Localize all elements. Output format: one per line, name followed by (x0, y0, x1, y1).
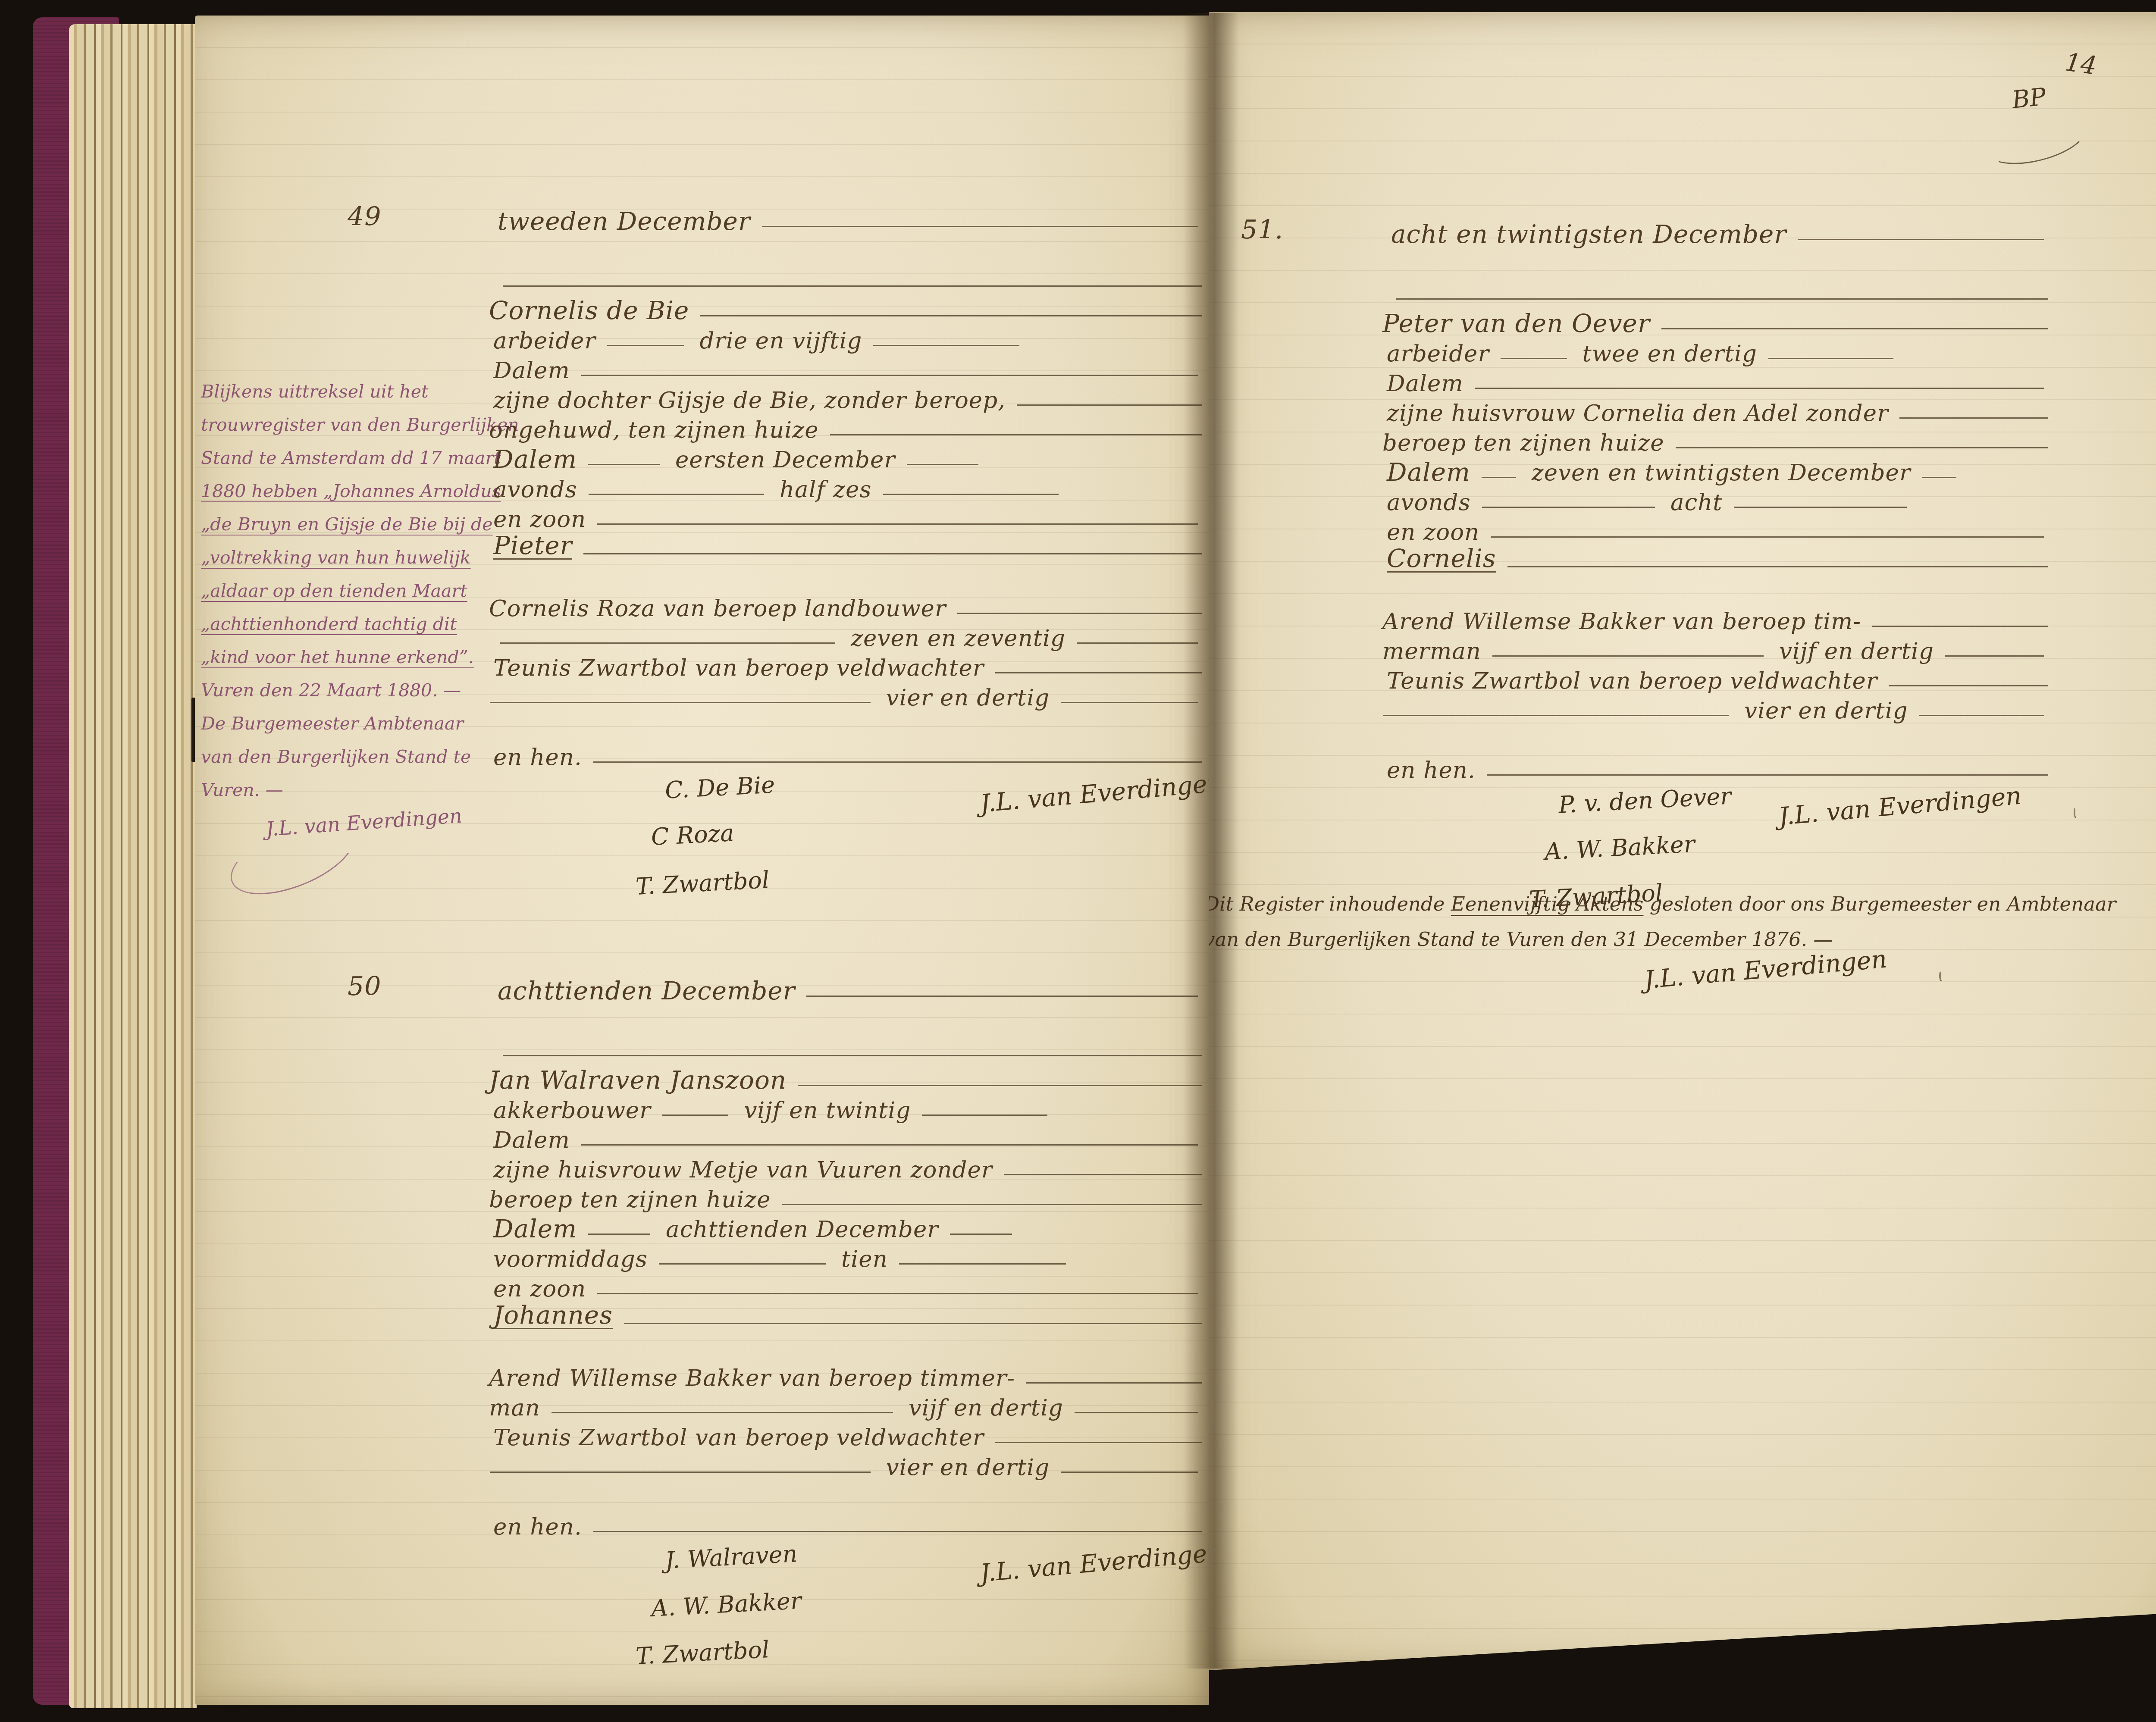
form-line-declarant: Peter van den Oever (1377, 305, 2054, 335)
entry-age: twee en dertig (1583, 344, 1757, 364)
ruled-line (1482, 476, 1516, 478)
record-form: achttienden December Jan Walraven Janszo… (484, 972, 1208, 1689)
entry-birthplace: Dalem (493, 448, 577, 470)
form-line-time: avonds acht (1377, 483, 2054, 513)
ruled-line (762, 225, 1198, 227)
ruled-line (1077, 642, 1198, 644)
witness-signature: T. Zwartbol (635, 866, 770, 900)
form-line-signing (1377, 1384, 2054, 1409)
form-line-witness-2: Teunis Zwartbol van beroep veldwachter (1377, 662, 2054, 692)
form-line-witness-1: Cornelis Roza van beroep landbouwer (484, 589, 1208, 619)
entry-age: drie en vijftig (699, 331, 862, 351)
entry-declaration-2: beroep ten zijnen huize (1382, 433, 1664, 454)
entry-hour: half zes (780, 479, 872, 500)
ruled-line (581, 374, 1198, 376)
ruled-line (588, 463, 660, 465)
entry-witness-1-age: zeven en zeventig (851, 628, 1065, 649)
record-form: acht en twintigsten December Peter van d… (1377, 216, 2054, 933)
ruled-line (1061, 1471, 1198, 1473)
form-line-birthplace: Dalem eersten December (484, 441, 1208, 470)
form-line-witness-1-age (1377, 1288, 2054, 1312)
witness-signature: J. Walraven (664, 1540, 798, 1574)
entry-declarant-name: Peter van den Oever (1382, 312, 1650, 335)
form-line-witness-2-age: vier en dertig (1377, 692, 2054, 721)
form-line-child-sex (1377, 1191, 2054, 1215)
signature-flourish (2074, 807, 2077, 818)
ruled-line (597, 523, 1198, 525)
entry-child-firstname: Johannes (493, 1304, 613, 1329)
form-line-residence: Dalem (484, 1121, 1208, 1151)
ruled-line (806, 995, 1198, 997)
entry-birthdate: achttienden December (666, 1219, 939, 1240)
form-line-date: acht en twintigsten December (1377, 216, 2054, 245)
official-signature: J.L. van Everdingen (979, 1538, 1224, 1588)
entry-witness-2: Teunis Zwartbol van beroep veldwachter (493, 1428, 984, 1448)
form-line-firstname: Johannes (484, 1299, 1208, 1329)
ruled-line (1017, 404, 1202, 406)
form-line-declaration-2: beroep ten zijnen huize (484, 1180, 1208, 1210)
entry-daypart: avonds (1387, 492, 1471, 513)
form-line-time: avonds half zes (484, 470, 1208, 500)
ruled-line (1922, 476, 1956, 478)
ruled-line (950, 1233, 1012, 1235)
entry-witness-2-age: vier en dertig (886, 688, 1050, 708)
ruled-line (1475, 387, 2044, 389)
entry-declarant-name: Jan Walraven Janszoon (489, 1069, 787, 1091)
entry-witness-1: Arend Willemse Bakker van beroep tim- (1382, 611, 1861, 632)
ruled-line (883, 493, 1059, 495)
form-line-witnesses-closing (1377, 1360, 2054, 1384)
entry-signed-by: en hen. (1387, 760, 1476, 781)
form-line-signing: en hen. (484, 1508, 1208, 1537)
entry-child-sex: en zoon (493, 509, 586, 530)
ruled-line (1396, 297, 2048, 300)
form-line-profession: arbeider drie en vijftig (484, 322, 1208, 351)
form-line-time (1377, 1167, 2054, 1191)
ruled-line (830, 433, 1202, 435)
form-line-witness-1-age: zeven en zeventig (484, 619, 1208, 649)
ruled-line (957, 612, 1202, 614)
form-line-witness-2: Teunis Zwartbol van beroep veldwachter (484, 649, 1208, 679)
form-line-residence: Dalem (484, 351, 1208, 381)
entry-declarant-name: Cornelis de Bie (489, 299, 689, 322)
record-number-column (1235, 950, 1377, 1409)
ruled-line (798, 1084, 1202, 1086)
form-line-gemeente (484, 262, 1208, 292)
ruled-line (1676, 446, 2048, 448)
ruled-line (552, 1411, 893, 1413)
form-line-profession: arbeider twee en dertig (1377, 335, 2054, 364)
ruled-line (500, 642, 835, 644)
ruled-line (700, 314, 1202, 316)
entry-child-firstname: Cornelis (1387, 547, 1496, 573)
entry-hour: tien (841, 1249, 888, 1270)
ruled-line (662, 1114, 729, 1116)
ruled-line (1487, 773, 2048, 776)
form-line-declaration (1377, 1095, 2054, 1119)
ruled-line (922, 1114, 1047, 1116)
form-line-witness-1: Arend Willemse Bakker van beroep timmer- (484, 1359, 1208, 1389)
form-line-date (1377, 950, 2054, 974)
page-number: 14 (2063, 47, 2099, 81)
ruled-line (1482, 506, 1655, 508)
record-form (1377, 950, 2054, 1409)
entry-daypart: avonds (493, 479, 577, 500)
ruled-line (1383, 714, 1729, 716)
left-page: Blijkens uittreksel uit het trouwregiste… (195, 16, 1209, 1705)
entry-birthdate: zeven en twintigsten December (1532, 463, 1911, 483)
form-line-gemeente (1377, 275, 2054, 305)
ruled-line (1768, 357, 1893, 359)
ruled-line (907, 463, 978, 465)
form-line-witness-intro (484, 1329, 1208, 1359)
blank-birth-record-form (1235, 950, 2054, 1409)
record-form: tweeden December Cornelis de Bie arbeide… (484, 203, 1208, 920)
form-line-witnesses-closing (484, 1478, 1208, 1508)
form-line-declarant: Cornelis de Bie (484, 292, 1208, 322)
form-line-witness-intro (1377, 1240, 2054, 1264)
official-signature: J.L. van Everdingen (979, 769, 1224, 818)
form-line-declarant: Jan Walraven Janszoon (484, 1061, 1208, 1091)
entry-signed-by: en hen. (493, 747, 582, 768)
form-line-witness-1 (1377, 1264, 2054, 1288)
right-page: 14 BP 51. acht en twintigsten December P… (1209, 12, 2156, 1670)
closing-act-count: Eenenvijftig Aktens (1451, 892, 1644, 915)
birth-record-49: 49 tweeden December Cornelis de Bie arbe… (342, 203, 1208, 920)
entry-witness-1: Cornelis Roza van beroep landbouwer (489, 598, 946, 619)
form-line-gemeente (1377, 998, 2054, 1022)
ruled-line (490, 1471, 871, 1473)
ruled-line (1899, 416, 2048, 419)
entry-residence: Dalem (493, 360, 570, 381)
witness-signature: T. Zwartbol (635, 1636, 770, 1670)
ruled-line (624, 1322, 1202, 1324)
entry-declaration-2: ongehuwd, ten zijnen huize (489, 420, 819, 441)
form-line-date: tweeden December (484, 203, 1208, 232)
form-line-time: voormiddags tien (484, 1240, 1208, 1270)
birth-record-51: 51. acht en twintigsten December Peter v… (1235, 216, 2054, 933)
ruled-line (597, 1292, 1198, 1294)
form-line-witness-2-age: vier en dertig (484, 679, 1208, 708)
form-line-witnesses-closing (1377, 721, 2054, 751)
entry-residence: Dalem (1387, 373, 1463, 394)
official-signature: J.L. van Everdingen (1777, 782, 2022, 831)
entry-witness-1-age: vijf en dertig (909, 1398, 1063, 1418)
ruled-line (503, 1054, 1202, 1056)
form-line-gemeente (484, 1032, 1208, 1061)
ruled-line (1798, 238, 2044, 240)
ruled-line (873, 344, 1019, 346)
ruled-line (593, 1530, 1202, 1532)
ruled-line (995, 671, 1202, 673)
entry-profession: akkerbouwer (493, 1100, 651, 1121)
official-signature-wrap: J.L. van Everdingen (1778, 792, 2077, 820)
form-line-witnesses-closing (484, 708, 1208, 738)
form-line-official (1377, 245, 2054, 275)
form-line-declaration: zijne dochter Gijsje de Bie, zonder bero… (484, 381, 1208, 411)
form-line-child-sex: en zoon (484, 500, 1208, 530)
form-line-declaration: zijne huisvrouw Metje van Vuuren zonder (484, 1151, 1208, 1180)
form-line-residence (1377, 1071, 2054, 1095)
ruled-line (782, 1203, 1202, 1205)
entry-witness-2: Teunis Zwartbol van beroep veldwachter (493, 658, 984, 679)
ruled-line (581, 1143, 1198, 1146)
closing-text: Dit Register inhoudende (1204, 892, 1451, 915)
form-line-witness-1-age: man vijf en dertig (484, 1389, 1208, 1418)
signature-block: J. Walraven A. W. Bakker T. Zwartbol J.L… (484, 1537, 1208, 1689)
form-line-witness-2-age: vier en dertig (484, 1448, 1208, 1478)
closing-text: gesloten door ons Burgemeester en Ambten… (1643, 892, 2116, 915)
witness-signature: A. W. Bakker (1544, 830, 1696, 865)
form-line-firstname: Cornelis (1377, 543, 2054, 573)
record-number: 49 (348, 202, 381, 232)
left-page-edges (69, 24, 197, 1708)
ruled-line (1492, 654, 1764, 657)
ruled-line (490, 701, 871, 703)
entry-witness-1-cont: man (489, 1398, 540, 1418)
record-number: 51. (1241, 215, 1283, 245)
ruled-line (1734, 506, 1907, 508)
form-line-birthplace (1377, 1143, 2054, 1167)
form-line-witness-2: Teunis Zwartbol van beroep veldwachter (484, 1418, 1208, 1448)
form-line-declaration-2: beroep ten zijnen huize (1377, 424, 2054, 454)
record-number: 50 (348, 971, 381, 1002)
entry-date: tweeden December (498, 210, 751, 232)
closing-line-1: Dit Register inhoudende Eenenvijftig Akt… (1204, 886, 2131, 922)
entry-date: achttienden December (498, 980, 795, 1002)
record-number-column: 49 (342, 203, 484, 920)
entry-witness-2-age: vier en dertig (1744, 701, 1908, 721)
entry-child-firstname: Pieter (493, 534, 572, 560)
ruled-line (588, 1233, 650, 1235)
form-line-firstname: Pieter (484, 530, 1208, 560)
form-line-official (1377, 974, 2054, 998)
ruled-line (1061, 701, 1198, 703)
entry-hour: acht (1670, 492, 1723, 513)
form-line-witness-intro (1377, 573, 2054, 602)
record-number-column: 51. (1235, 216, 1377, 933)
form-line-signing: en hen. (1377, 751, 2054, 781)
entry-witness-2: Teunis Zwartbol van beroep veldwachter (1387, 671, 1877, 692)
ruled-line (1491, 535, 2044, 538)
paraph-flourish (1982, 108, 2090, 173)
entry-signed-by: en hen. (493, 1517, 582, 1537)
entry-declaration-2: beroep ten zijnen huize (489, 1190, 771, 1210)
ruled-line (1026, 1381, 1202, 1384)
form-line-birthplace: Dalem zeven en twintigsten December (1377, 454, 2054, 483)
entry-daypart: voormiddags (493, 1249, 648, 1270)
signature-block: C. De Bie C Roza T. Zwartbol J.L. van Ev… (484, 768, 1208, 920)
form-line-declaration-2: ongehuwd, ten zijnen huize (484, 411, 1208, 441)
entry-declaration-1: zijne huisvrouw Cornelia den Adel zonder (1387, 403, 1888, 424)
entry-birthplace: Dalem (1387, 461, 1470, 483)
ruled-line (593, 761, 1202, 763)
form-line-witness-2-age (1377, 1336, 2054, 1360)
form-line-birthplace: Dalem achttienden December (484, 1210, 1208, 1240)
entry-age: vijf en twintig (744, 1100, 911, 1121)
ruled-line (1945, 654, 2044, 657)
ruled-line (659, 1262, 826, 1265)
form-line-declarant (1377, 1022, 2054, 1046)
ruled-line (899, 1262, 1066, 1265)
ruled-line (1919, 714, 2044, 716)
register-closing-statement: Dit Register inhoudende Eenenvijftig Akt… (1204, 886, 2131, 957)
entry-declaration-1: zijne dochter Gijsje de Bie, zonder bero… (493, 390, 1006, 411)
form-line-date: achttienden December (484, 972, 1208, 1002)
witness-signature: A. W. Bakker (651, 1587, 802, 1622)
inspector-paraph: BP (2011, 83, 2047, 114)
entry-child-sex: en zoon (1387, 522, 1479, 543)
entry-witness-1-cont: merman (1382, 641, 1481, 662)
register-scan: { "page_context": { "right_page_number":… (0, 0, 2156, 1722)
form-line-official (484, 1002, 1208, 1032)
form-line-witness-intro (484, 560, 1208, 589)
entry-birthdate: eersten December (675, 450, 896, 470)
ruled-line (1075, 1411, 1198, 1413)
ruled-line (607, 344, 684, 346)
entry-date: acht en twintigsten December (1391, 223, 1786, 245)
entry-declaration-1: zijne huisvrouw Metje van Vuuren zonder (493, 1160, 993, 1180)
entry-witness-1-age: vijf en dertig (1779, 641, 1934, 662)
form-line-signing: en hen. (484, 738, 1208, 768)
ruled-line (1872, 625, 2048, 627)
ruled-line (1501, 357, 1567, 359)
form-line-firstname (1377, 1215, 2054, 1240)
entry-witness-2-age: vier en dertig (886, 1457, 1050, 1478)
form-line-profession (1377, 1046, 2054, 1071)
ruled-line (503, 285, 1202, 287)
ruled-line (1889, 684, 2048, 686)
ruled-line (1661, 327, 2048, 329)
form-line-child-sex: en zoon (484, 1270, 1208, 1299)
witness-signature: C. De Bie (664, 771, 776, 804)
form-line-witness-1-age: merman vijf en dertig (1377, 632, 2054, 662)
form-line-declaration-2 (1377, 1119, 2054, 1143)
form-line-profession: akkerbouwer vijf en twintig (484, 1091, 1208, 1121)
form-line-child-sex: en zoon (1377, 513, 2054, 543)
witness-signature: P. v. den Oever (1558, 783, 1732, 819)
entry-witness-1: Arend Willemse Bakker van beroep timmer- (489, 1368, 1015, 1389)
ruled-line (1004, 1173, 1202, 1175)
form-line-witness-1: Arend Willemse Bakker van beroep tim- (1377, 602, 2054, 632)
entry-birthplace: Dalem (493, 1218, 577, 1240)
entry-child-sex: en zoon (493, 1279, 586, 1299)
ruled-line (1507, 565, 2048, 567)
ruled-line (583, 552, 1202, 554)
ruled-line (995, 1441, 1202, 1443)
form-line-declaration: zijne huisvrouw Cornelia den Adel zonder (1377, 394, 2054, 424)
birth-record-50: 50 achttienden December Jan Walraven Jan… (342, 972, 1208, 1689)
form-line-official (484, 232, 1208, 262)
entry-profession: arbeider (493, 331, 596, 351)
witness-signature: C Roza (650, 819, 734, 851)
entry-profession: arbeider (1387, 344, 1489, 364)
form-line-residence: Dalem (1377, 364, 2054, 394)
record-number-column: 50 (342, 972, 484, 1689)
form-line-witness-2 (1377, 1312, 2054, 1336)
entry-residence: Dalem (493, 1130, 570, 1151)
ruled-line (589, 493, 764, 495)
